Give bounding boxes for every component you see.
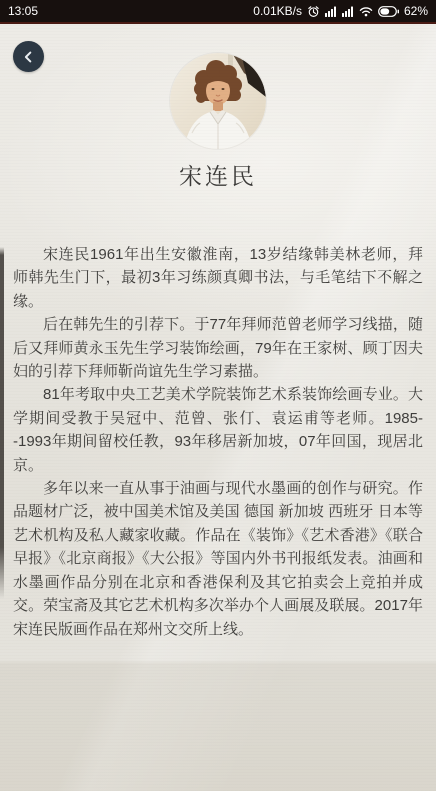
chevron-left-icon <box>21 49 37 65</box>
status-bar: 13:05 0.01KB/s <box>0 0 436 24</box>
status-time: 13:05 <box>8 4 38 18</box>
wifi-icon <box>359 6 373 17</box>
biography-text: 宋连民1961年出生安徽淮南，13岁结缘韩美林老师，拜师韩先生门下，最初3年习练… <box>0 243 436 641</box>
portrait-photo <box>170 53 266 149</box>
alarm-clock-icon <box>307 5 320 18</box>
bio-paragraph: 多年以来一直从事于油画与现代水墨画的创作与研究。作品题材广泛，被中国美术馆及美国… <box>13 477 423 641</box>
bio-paragraph: 宋连民1961年出生安徽淮南，13岁结缘韩美林老师，拜师韩先生门下，最初3年习练… <box>13 243 423 313</box>
battery-percent: 62% <box>404 4 428 18</box>
bio-paragraph: 81年考取中央工艺美术学院装饰艺术系装饰绘画专业。大学期间受教于吴冠中、范曾、张… <box>13 383 423 477</box>
bio-paragraph: 后在韩先生的引荐下。于77年拜师范曾老师学习线描，随后又拜师黄永玉先生学习装饰绘… <box>13 313 423 383</box>
back-button[interactable] <box>13 41 44 72</box>
cell-signal-icon <box>325 6 337 17</box>
network-speed: 0.01KB/s <box>253 4 302 18</box>
battery-icon <box>378 6 399 17</box>
avatar <box>170 53 266 149</box>
artist-name: 宋连民 <box>0 158 436 191</box>
cell-signal-icon <box>342 6 354 17</box>
biography-page: 宋连民 宋连民1961年出生安徽淮南，13岁结缘韩美林老师，拜师韩先生门下，最初… <box>0 24 436 791</box>
